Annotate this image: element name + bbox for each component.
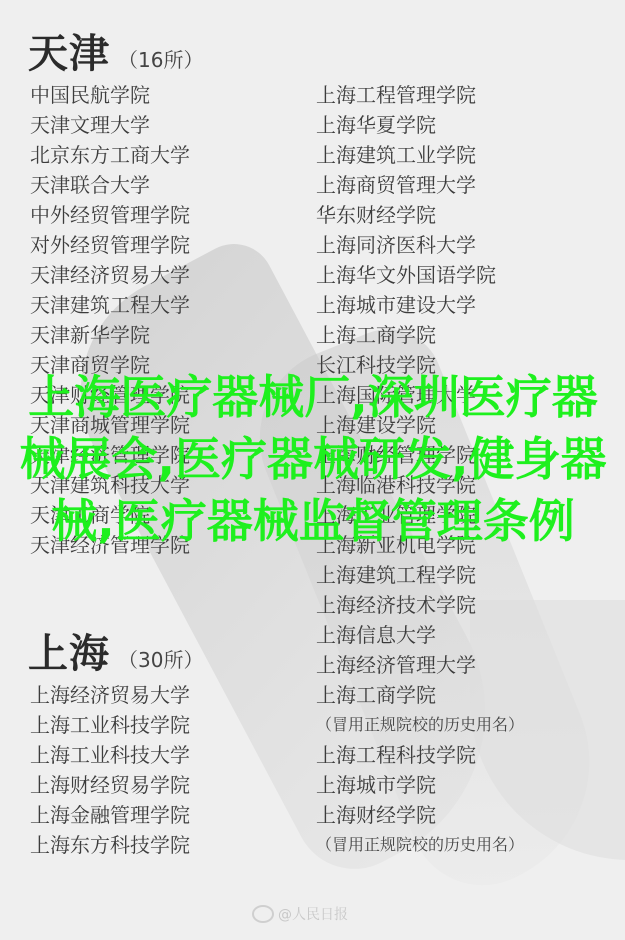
list-item: 上海工业科技学院 <box>30 710 190 740</box>
shanghai-school-list-left: 上海经济贸易大学 上海工业科技学院 上海工业科技大学 上海财经贸易学院 上海金融… <box>30 680 190 860</box>
list-item: 上海华文外国语学院 <box>316 260 524 290</box>
city-name: 天津 <box>28 22 110 79</box>
list-item: 上海华夏学院 <box>316 110 524 140</box>
list-item: 上海财经学院 <box>316 800 524 830</box>
school-count: （30所） <box>118 644 203 673</box>
list-item: 对外经贸管理学院 <box>30 230 190 260</box>
list-note: （冒用正规院校的历史用名） <box>316 710 524 740</box>
list-item: 中外经贸管理学院 <box>30 200 190 230</box>
watermark: @人民日报 <box>252 904 348 924</box>
list-item: 中国民航学院 <box>30 80 190 110</box>
list-item: 上海建筑工业学院 <box>316 140 524 170</box>
section-title-tianjin: 天津 （16所） <box>28 22 203 79</box>
school-count: （16所） <box>118 44 203 73</box>
city-name: 上海 <box>28 622 110 679</box>
list-item: 上海经济贸易大学 <box>30 680 190 710</box>
weibo-icon <box>252 905 274 923</box>
list-item: 上海工业科技大学 <box>30 740 190 770</box>
list-item: 上海城市学院 <box>316 770 524 800</box>
list-item: 天津联合大学 <box>30 170 190 200</box>
list-item: 上海财经贸易学院 <box>30 770 190 800</box>
list-item: 天津建筑工程大学 <box>30 290 190 320</box>
list-item: 上海信息大学 <box>316 620 524 650</box>
list-item: 上海金融管理学院 <box>30 800 190 830</box>
list-item: 天津经济贸易大学 <box>30 260 190 290</box>
list-note: （冒用正规院校的历史用名） <box>316 830 524 860</box>
list-item: 上海经济技术学院 <box>316 590 524 620</box>
list-item: 上海东方科技学院 <box>30 830 190 860</box>
list-item: 上海城市建设大学 <box>316 290 524 320</box>
list-item: 天津文理大学 <box>30 110 190 140</box>
list-item: 上海工商学院 <box>316 680 524 710</box>
list-item: 上海工程管理学院 <box>316 80 524 110</box>
watermark-text: @人民日报 <box>278 904 348 924</box>
list-item: 华东财经学院 <box>316 200 524 230</box>
section-title-shanghai: 上海 （30所） <box>28 622 203 679</box>
list-item: 上海工商学院 <box>316 320 524 350</box>
overlay-title: 上海医疗器械厂,深圳医疗器械展会,医疗器械研发,健身器械,医疗器械监督管理条例 <box>18 366 608 552</box>
list-item: 天津新华学院 <box>30 320 190 350</box>
list-item: 上海经济管理大学 <box>316 650 524 680</box>
list-item: 上海同济医科大学 <box>316 230 524 260</box>
list-item: 上海建筑工程学院 <box>316 560 524 590</box>
list-item: 上海商贸管理大学 <box>316 170 524 200</box>
list-item: 北京东方工商大学 <box>30 140 190 170</box>
list-item: 上海工程科技学院 <box>316 740 524 770</box>
